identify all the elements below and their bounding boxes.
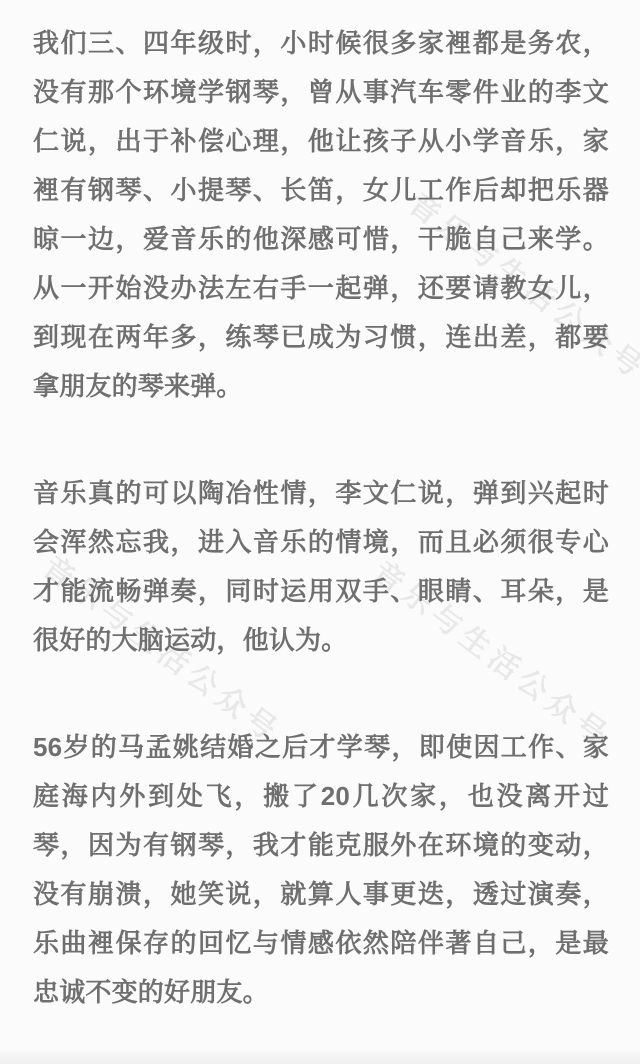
article-page: 音乐与生活公众号 音乐与生活公众号 音乐与生活公众号 我们三、四年级时，小时候很…: [0, 0, 640, 1064]
bottom-edge-shade: [0, 1048, 640, 1064]
paragraph-3: 56岁的马孟姚结婚之后才学琴，即使因工作、家庭海内外到处飞，搬了20几次家，也没…: [33, 723, 609, 1017]
paragraph-1: 我们三、四年级时，小时候很多家裡都是务农，没有那个环境学钢琴，曾从事汽车零件业的…: [33, 19, 609, 411]
article-content: 我们三、四年级时，小时候很多家裡都是务农，没有那个环境学钢琴，曾从事汽车零件业的…: [33, 19, 609, 1017]
paragraph-2: 音乐真的可以陶冶性情，李文仁说，弹到兴起时会浑然忘我，进入音乐的情境，而且必须很…: [33, 469, 609, 665]
